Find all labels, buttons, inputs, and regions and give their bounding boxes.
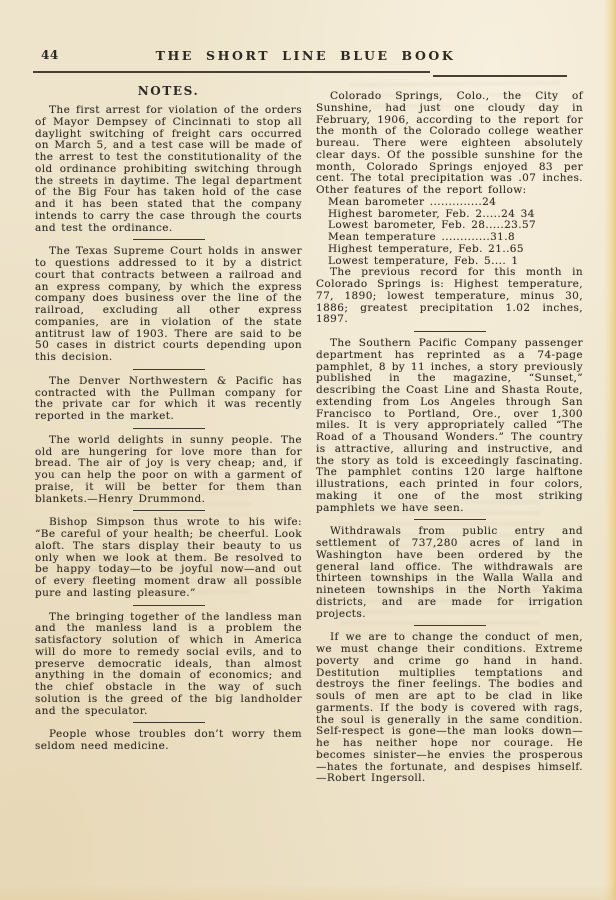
header-rule-left bbox=[33, 71, 430, 73]
header-rule-right bbox=[433, 75, 567, 77]
section-divider bbox=[414, 331, 486, 332]
paragraph: The world delights in sunny people. The … bbox=[35, 435, 302, 506]
section-divider bbox=[414, 519, 486, 520]
weather-report-list: Mean barometer ..............24Highest b… bbox=[328, 197, 583, 268]
weather-report-line: Highest temperature, Feb. 21..65 bbox=[328, 244, 583, 256]
page-edge-tint-bottom bbox=[0, 884, 616, 900]
section-divider bbox=[133, 605, 205, 606]
text-columns: NOTES. The first arrest for violation of… bbox=[35, 84, 583, 785]
paragraph: Colorado Springs, Colo., the City of Sun… bbox=[316, 91, 583, 197]
section-divider bbox=[414, 625, 486, 626]
paragraph: Withdrawals from public entry and settle… bbox=[316, 526, 583, 620]
section-divider bbox=[133, 239, 205, 240]
paragraph: Bishop Simpson thus wrote to his wife: “… bbox=[35, 517, 302, 599]
paragraph: The first arrest for violation of the or… bbox=[35, 105, 302, 234]
left-column: NOTES. The first arrest for violation of… bbox=[35, 84, 302, 785]
header-title: THE SHORT LINE BLUE BOOK bbox=[35, 48, 576, 63]
weather-report-line: Mean temperature .............31.8 bbox=[328, 232, 583, 244]
weather-report-line: Mean barometer ..............24 bbox=[328, 197, 583, 209]
page-number: 44 bbox=[41, 48, 59, 62]
weather-report-line: Highest barometer, Feb. 2.....24 34 bbox=[328, 209, 583, 221]
section-divider bbox=[133, 510, 205, 511]
page-edge-tint-right bbox=[604, 0, 616, 900]
weather-report-line: Lowest barometer, Feb. 28.....23.57 bbox=[328, 220, 583, 232]
book-page: 44 THE SHORT LINE BLUE BOOK NOTES. The f… bbox=[0, 0, 616, 900]
section-divider bbox=[133, 428, 205, 429]
paragraph: The bringing together of the landless ma… bbox=[35, 612, 302, 718]
section-divider bbox=[133, 722, 205, 723]
paragraph: The Southern Pacific Company passenger d… bbox=[316, 338, 583, 514]
paragraph: People whose troubles don’t worry them s… bbox=[35, 729, 302, 753]
paragraph: The Texas Supreme Court holds in answer … bbox=[35, 246, 302, 364]
section-title-notes: NOTES. bbox=[35, 84, 302, 98]
section-divider bbox=[133, 369, 205, 370]
paragraph: The previous record for this month in Co… bbox=[316, 267, 583, 326]
right-column: Colorado Springs, Colo., the City of Sun… bbox=[316, 84, 583, 785]
paragraph: The Denver Northwestern & Pacific has co… bbox=[35, 376, 302, 423]
page-header: 44 THE SHORT LINE BLUE BOOK bbox=[35, 48, 576, 64]
paragraph: If we are to change the conduct of men, … bbox=[316, 632, 583, 785]
